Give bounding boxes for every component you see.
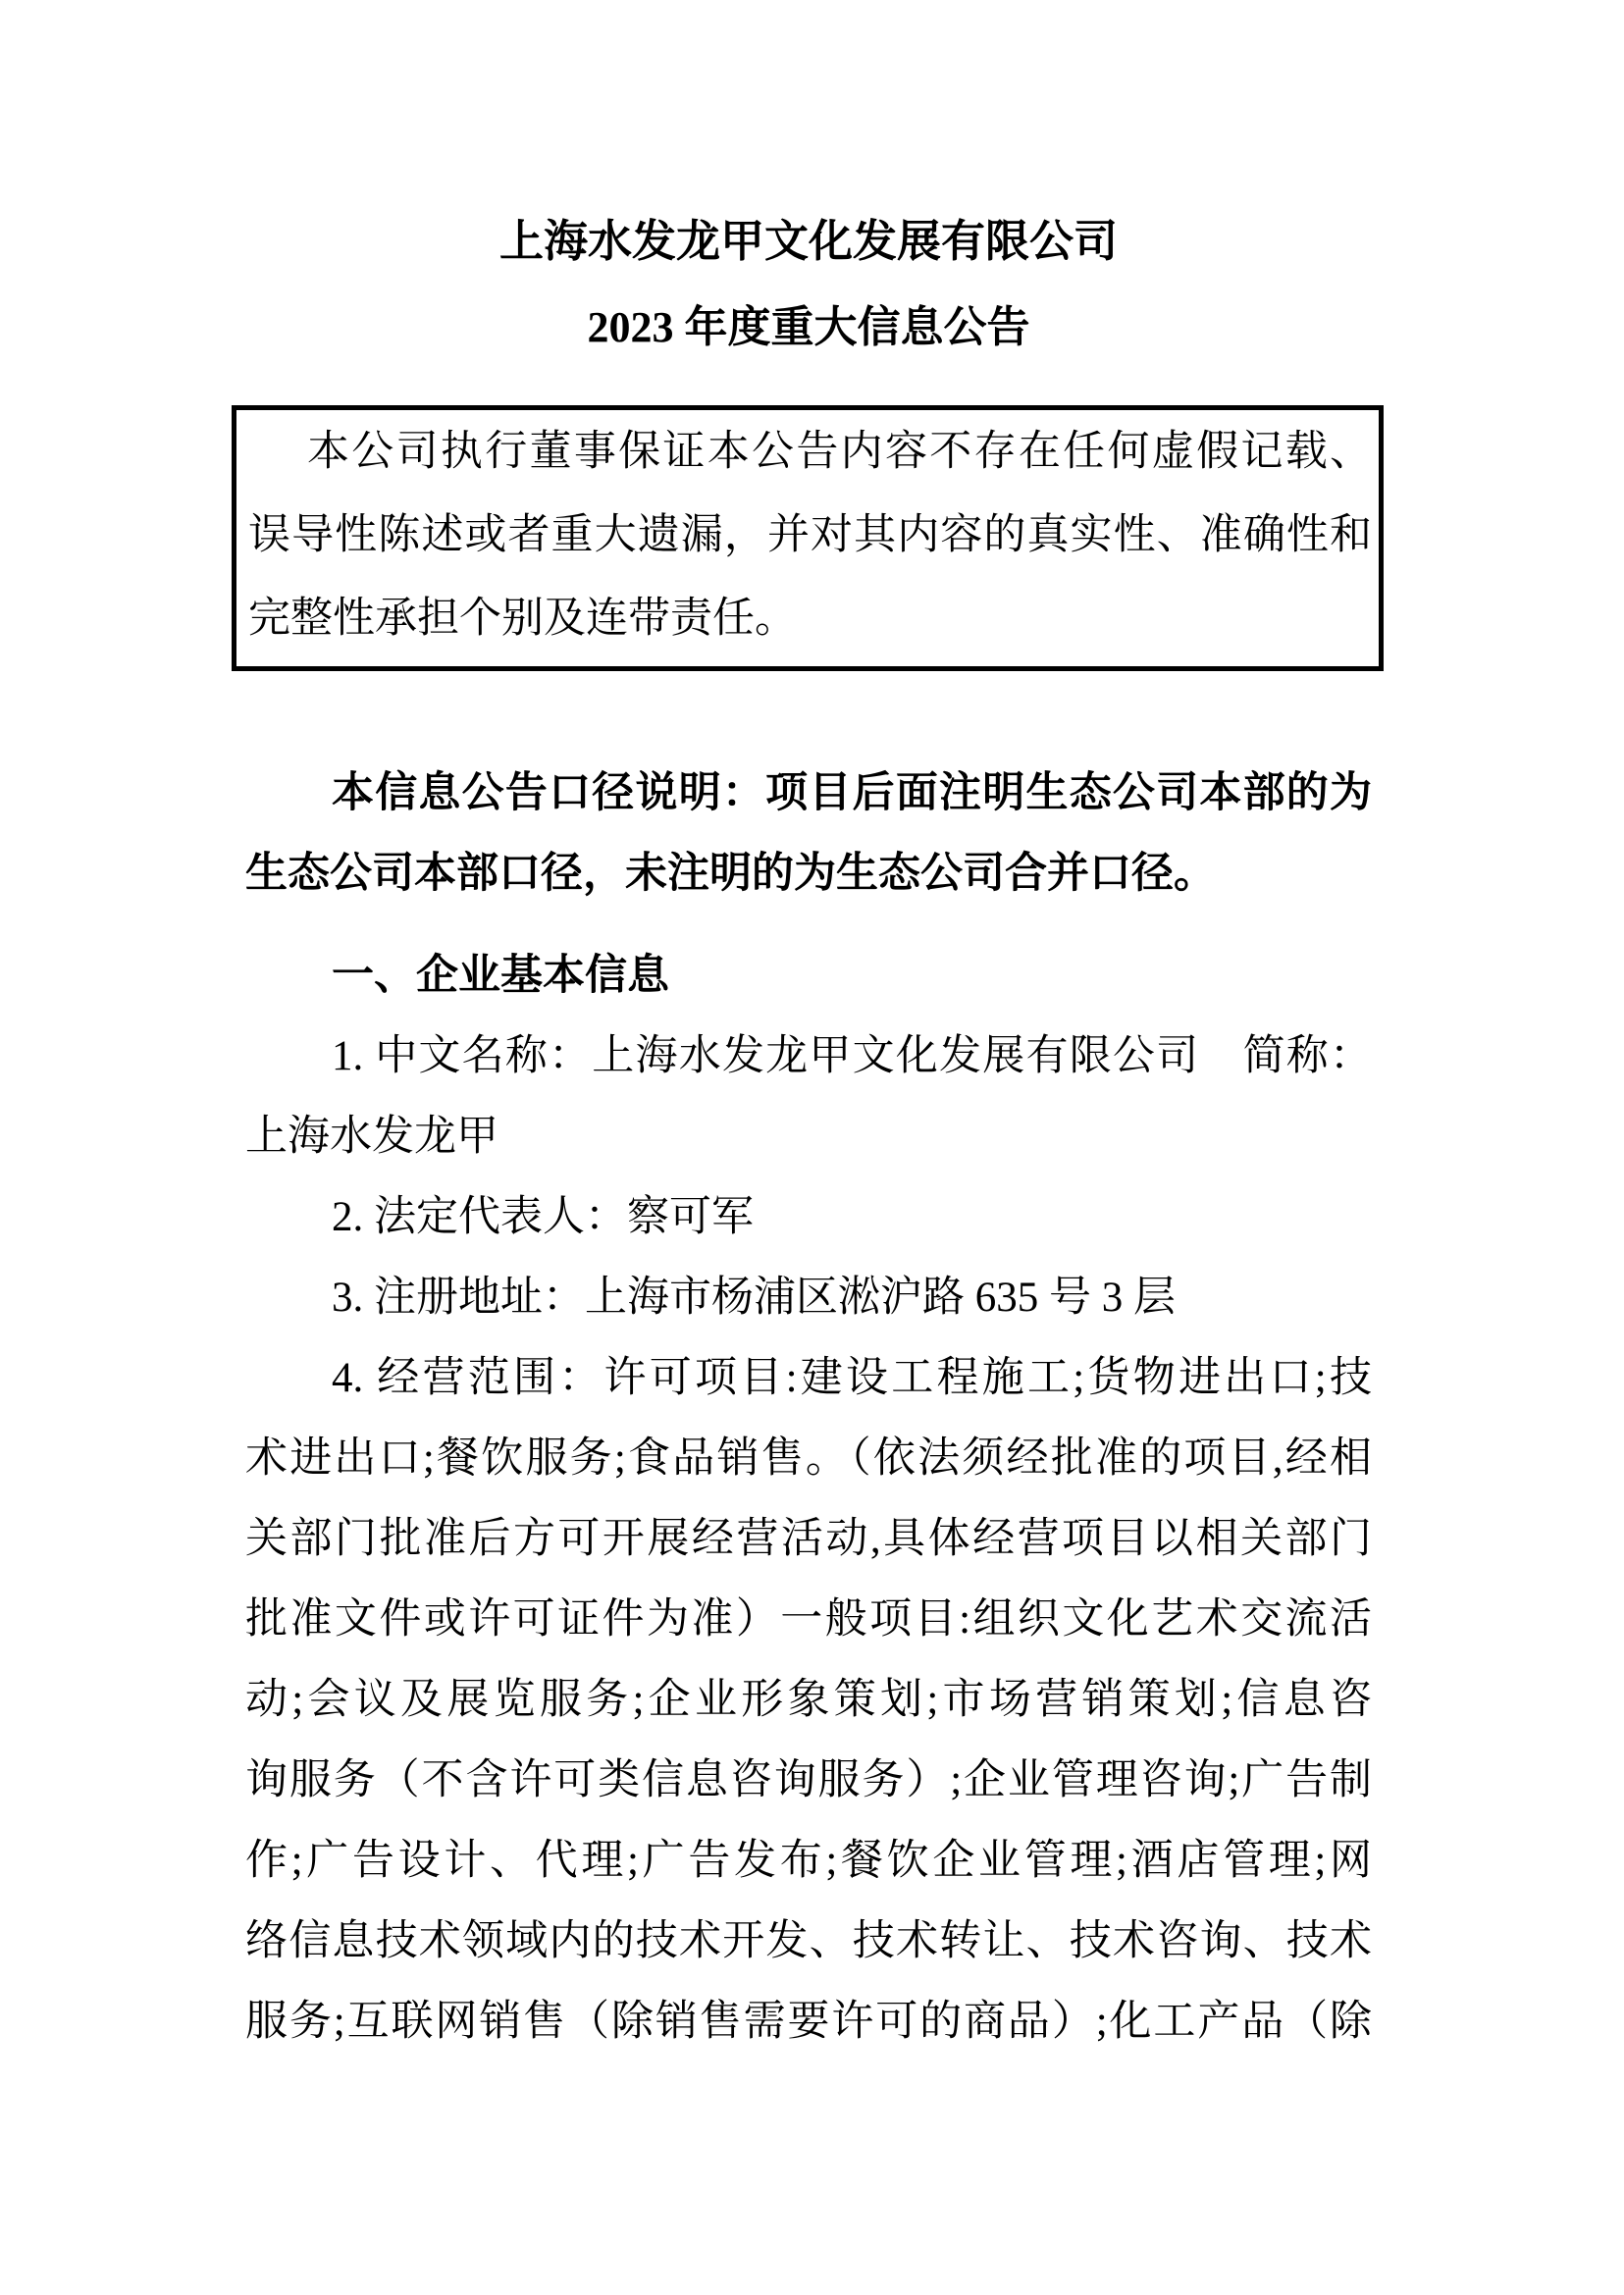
scope-note-line-2: 生态公司本部口径，未注明的为生态公司合并口径。 bbox=[245, 834, 1372, 914]
legal-representative-line-1: 2. 法定代表人：察可军 bbox=[245, 1177, 1372, 1258]
doc-subtitle: 2023 年度重大信息公告 bbox=[245, 297, 1372, 358]
scope-note-line-1: 本信息公告口径说明：项目后面注明生态公司本部的为 bbox=[245, 754, 1372, 834]
business-scope-line-3: 关部门批准后方可开展经营活动,具体经营项目以相关部门 bbox=[245, 1499, 1372, 1580]
chinese-name-line-2: 上海水发龙甲 bbox=[245, 1097, 1372, 1177]
document-page: 上海水发龙甲文化发展有限公司 2023 年度重大信息公告 本公司执行董事保证本公… bbox=[0, 0, 1624, 2295]
business-scope-line-7: 作;广告设计、代理;广告发布;餐饮企业管理;酒店管理;网 bbox=[245, 1821, 1372, 1902]
registered-address-line-1: 3. 注册地址：上海市杨浦区淞沪路 635 号 3 层 bbox=[245, 1258, 1372, 1338]
disclaimer-line-1: 本公司执行董事保证本公告内容不存在任何虚假记载、 bbox=[248, 410, 1372, 494]
item-business-scope: 4. 经营范围：许可项目:建设工程施工;货物进出口;技 术进出口;餐饮服务;食品… bbox=[245, 1338, 1372, 2062]
business-scope-line-8: 络信息技术领域内的技术开发、技术转让、技术咨询、技术 bbox=[245, 1902, 1372, 1982]
scope-note: 本信息公告口径说明：项目后面注明生态公司本部的为 生态公司本部口径，未注明的为生… bbox=[245, 754, 1372, 914]
item-legal-representative: 2. 法定代表人：察可军 bbox=[245, 1177, 1372, 1258]
disclaimer-line-3: 完整性承担个别及连带责任。 bbox=[248, 577, 1372, 660]
item-chinese-name: 1. 中文名称：上海水发龙甲文化发展有限公司 简称： 上海水发龙甲 bbox=[245, 1017, 1372, 1177]
business-scope-line-6: 询服务（不含许可类信息咨询服务）;企业管理咨询;广告制 bbox=[245, 1741, 1372, 1821]
disclaimer-line-2: 误导性陈述或者重大遗漏，并对其内容的真实性、准确性和 bbox=[248, 494, 1372, 577]
section-1-heading: 一、企业基本信息 bbox=[245, 936, 1372, 1017]
business-scope-line-2: 术进出口;餐饮服务;食品销售。（依法须经批准的项目,经相 bbox=[245, 1419, 1372, 1499]
page-content: 上海水发龙甲文化发展有限公司 2023 年度重大信息公告 本公司执行董事保证本公… bbox=[0, 0, 1624, 2062]
chinese-name-line-1: 1. 中文名称：上海水发龙甲文化发展有限公司 简称： bbox=[245, 1017, 1372, 1097]
disclaimer-box: 本公司执行董事保证本公告内容不存在任何虚假记载、 误导性陈述或者重大遗漏，并对其… bbox=[232, 405, 1384, 671]
business-scope-line-9: 服务;互联网销售（除销售需要许可的商品）;化工产品（除 bbox=[245, 1982, 1372, 2062]
doc-title: 上海水发龙甲文化发展有限公司 bbox=[245, 211, 1372, 272]
business-scope-line-1: 4. 经营范围：许可项目:建设工程施工;货物进出口;技 bbox=[245, 1338, 1372, 1419]
item-registered-address: 3. 注册地址：上海市杨浦区淞沪路 635 号 3 层 bbox=[245, 1258, 1372, 1338]
business-scope-line-4: 批准文件或许可证件为准）一般项目:组织文化艺术交流活 bbox=[245, 1580, 1372, 1660]
business-scope-line-5: 动;会议及展览服务;企业形象策划;市场营销策划;信息咨 bbox=[245, 1660, 1372, 1741]
